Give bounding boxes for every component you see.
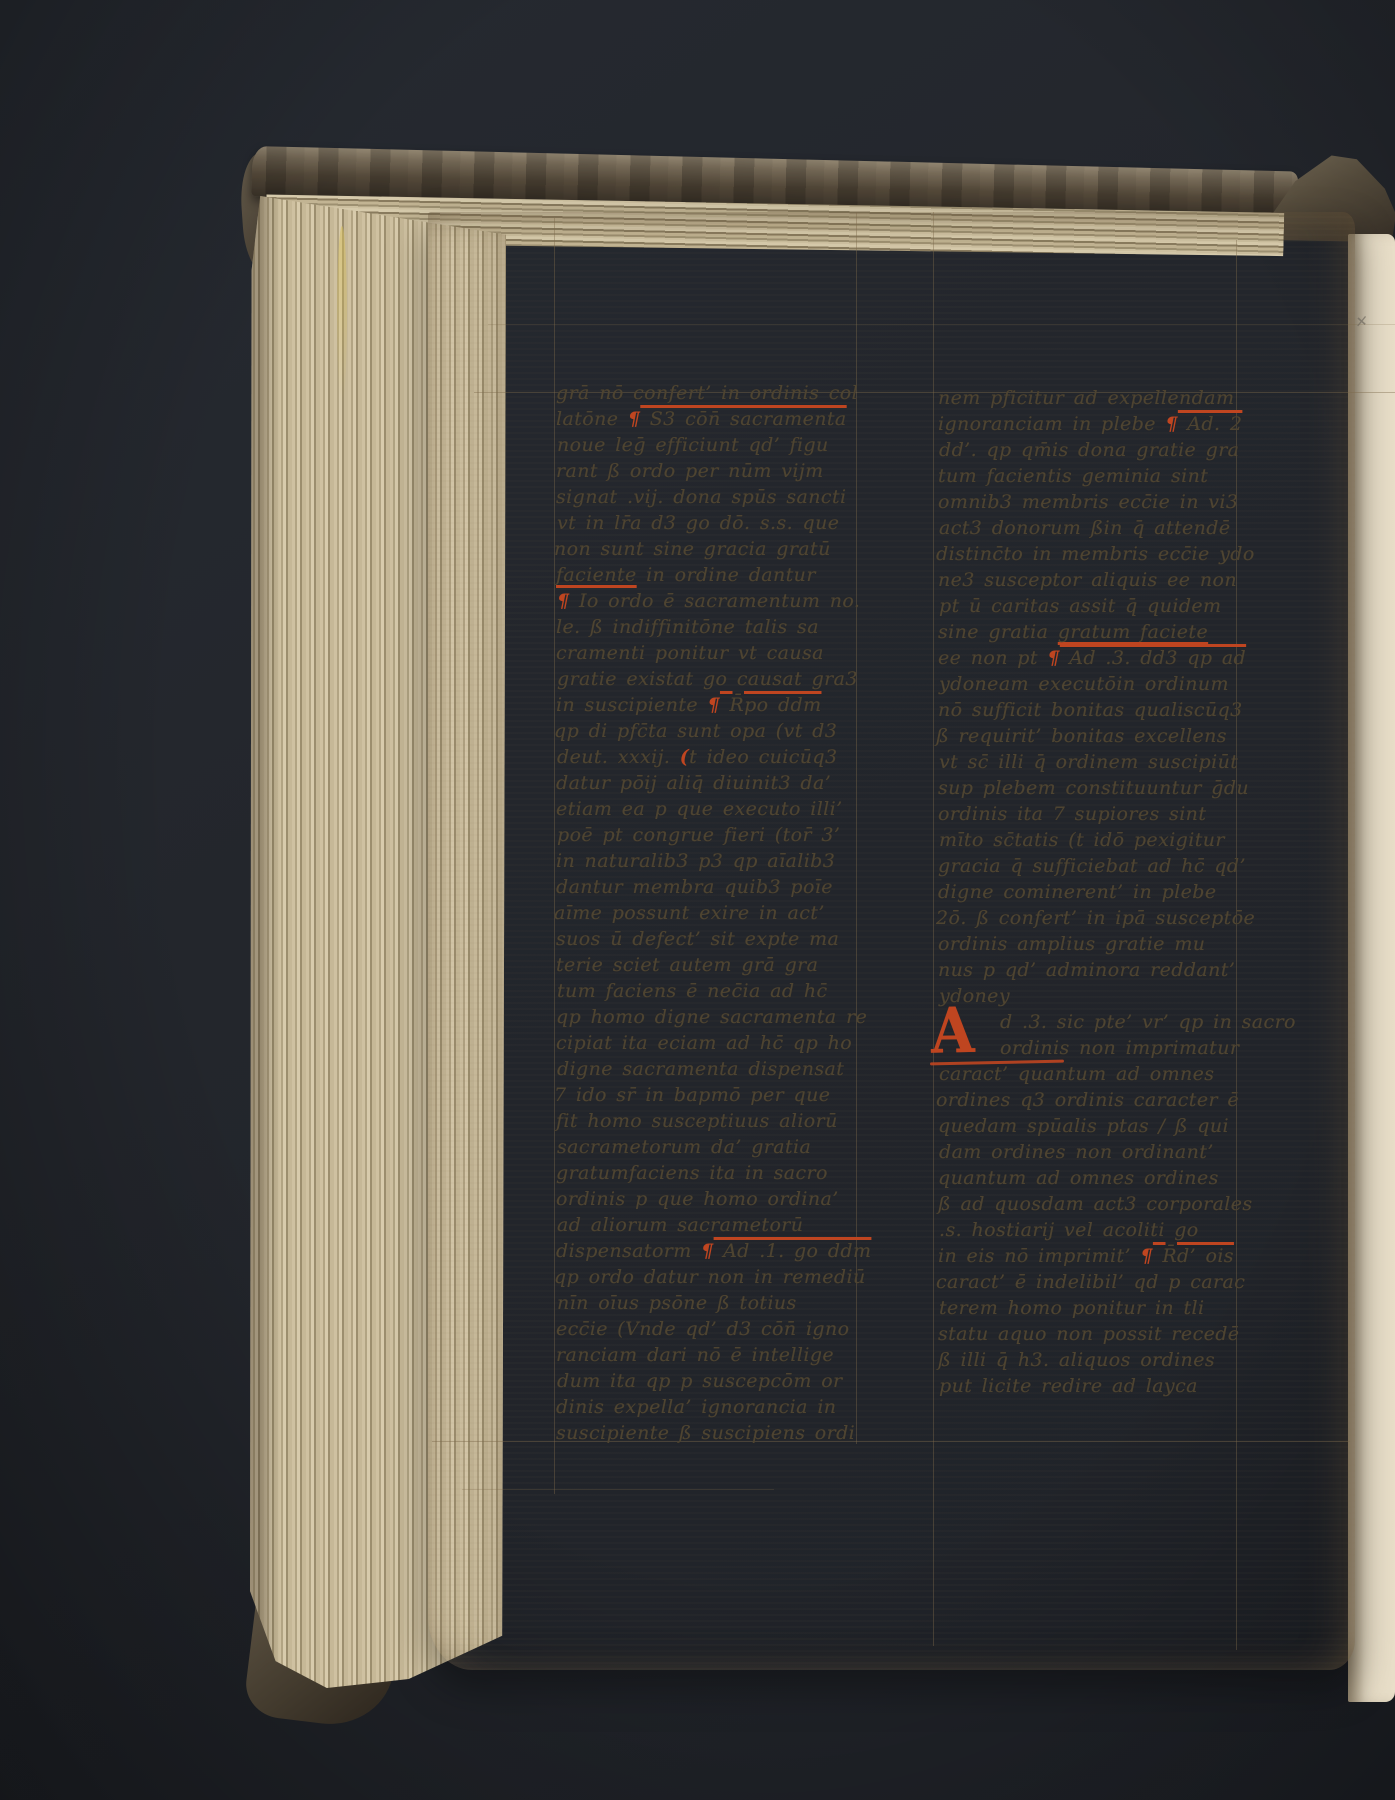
text-line: grā nō confert’ in ordinis col (556, 380, 892, 406)
text-line: faciente in ordine dantur (556, 562, 892, 588)
manuscript-text: ß requirit’ bonitas excellens (936, 725, 1227, 747)
text-line: sine gratia gratum faciete (938, 619, 1256, 645)
manuscript-text: ordinis non imprimatur (1000, 1037, 1239, 1059)
manuscript-text: R̄po ddm (720, 694, 822, 716)
text-line: gratumfaciens ita in sacro (556, 1160, 892, 1186)
manuscript-text: in naturalib3 p3 qp aīalib3 (556, 850, 835, 872)
text-line: ordinis ita 7 supiores sint (938, 801, 1256, 827)
text-line: dantur membra quib3 poīe (556, 874, 892, 900)
text-line: ordines q3 ordinis caracter ē (936, 1087, 1254, 1113)
manuscript-text: suos ū defect’ sit expte ma (556, 928, 839, 950)
manuscript-text: etiam ea p que executo illi’ (556, 798, 843, 820)
manuscript-text: vt sc̄ illi q̄ ordinem suscipiūt (939, 751, 1238, 773)
drop-cap-initial: A (930, 999, 993, 1065)
text-line: ne3 susceptor aliquis ee non (938, 567, 1256, 593)
text-line: pt ū caritas assit q̄ quidem (939, 593, 1257, 619)
text-line: vt in lr̄a d3 go dō. s.s. que (557, 510, 893, 536)
text-line: nō sufficit bonitas qualiscūq3 (938, 697, 1256, 723)
rubric-paraph-mark: ( (680, 746, 689, 768)
manuscript-text: digne cominerent’ in plebe (938, 881, 1217, 903)
ruling-line-top-faint (488, 324, 1395, 325)
manuscript-text: ad aliorum sacrametorū (557, 1214, 803, 1236)
text-column-left: grā nō confert’ in ordinis collatōne ¶ S… (556, 380, 892, 1446)
text-line: ranciam dari nō ē intellige (556, 1342, 892, 1368)
manuscript-text: vt in lr̄a d3 go dō. s.s. que (557, 512, 839, 534)
text-line: tum faciens ē nec̄ia ad hc̄ (557, 978, 893, 1004)
text-line: qp di pfc̄ta sunt opa (vt d3 (554, 718, 890, 744)
rubric-paraph-mark: ¶ (707, 694, 720, 716)
manuscript-text: tum facientis geminia sint (938, 465, 1208, 487)
text-line: aīme possunt exire in act’ (554, 900, 890, 926)
manuscript-text: act3 donorum ßin q̄ attendē (939, 517, 1231, 539)
manuscript-page: grā nō confert’ in ordinis collatōne ¶ S… (428, 212, 1355, 1670)
text-line: ecc̄ie (Vnde qd’ d3 cōn̄ igno (556, 1316, 892, 1342)
manuscript-text: qp di pfc̄ta sunt opa (vt d3 (554, 720, 837, 742)
rubric-paraph-mark: ¶ (701, 1240, 714, 1262)
manuscript-text: terem homo ponitur in tli (939, 1297, 1204, 1319)
text-line: in naturalib3 p3 qp aīalib3 (556, 848, 892, 874)
text-line: distinc̄to in membris ecc̄ie ydo (936, 541, 1254, 567)
text-line: quedam spūalis ptas / ß qui (938, 1113, 1256, 1139)
manuscript-text: faciente (556, 564, 637, 586)
manuscript-text: terie sciet autem grā gra (556, 954, 818, 976)
manuscript-text: ecc̄ie (Vnde qd’ d3 cōn̄ igno (556, 1318, 849, 1340)
ruling-line-gutter-right (933, 212, 934, 1646)
manuscript-text: gratum faciete (1058, 621, 1208, 643)
text-line: caract’ ē indelibil’ qd p carac (936, 1269, 1254, 1295)
manuscript-text: in suscipiente (556, 694, 707, 716)
text-line: ß requirit’ bonitas excellens (936, 723, 1254, 749)
manuscript-text: Ad .1. go ddm (714, 1240, 872, 1262)
text-line: dam ordines non ordinant’ (939, 1139, 1257, 1165)
manuscript-text: suscipiente ß suscipiens ordi (556, 1422, 855, 1444)
ruling-line-bottom-faint (462, 1489, 774, 1490)
text-line: ordinis amplius gratie mu (938, 931, 1256, 957)
manuscript-text: dispensatorm (556, 1240, 701, 1262)
manuscript-text: omnib3 membris ecc̄ie in vi3 (938, 491, 1238, 513)
text-line: suscipiente ß suscipiens ordi (556, 1420, 892, 1446)
manuscript-text: ß illi q̄ h3. aliquos ordines (938, 1349, 1215, 1371)
manuscript-text: Io ordo ē sacramentum no. (570, 590, 861, 612)
manuscript-text: put licite redire ad layca (939, 1375, 1198, 1397)
manuscript-text: datur pōij aliq̄ diuinit3 da’ (556, 772, 831, 794)
manuscript-text: .s. hostiarij vel acoliti go (939, 1219, 1199, 1241)
text-line: deut. xxxij. (t ideo cuicūq3 (557, 744, 893, 770)
text-line: dum ita qp p suscepcōm or (557, 1368, 893, 1394)
facing-page-sliver: ✕ (1348, 234, 1395, 1702)
text-line: ¶ Io ordo ē sacramentum no. (557, 588, 893, 614)
manuscript-text: nīn oīus psōne ß totius (557, 1292, 797, 1314)
manuscript-text: le. ß indiffinitōne talis sa (556, 616, 819, 638)
manuscript-text: R̄d’ ois (1153, 1245, 1234, 1267)
manuscript-text: ordines q3 ordinis caracter ē (936, 1089, 1239, 1111)
text-line: nus p qd’ adminora reddant’ (938, 957, 1256, 983)
text-line: nem pficitur ad expellendam (938, 385, 1256, 411)
manuscript-text: dantur membra quib3 poīe (556, 876, 833, 898)
text-line: act3 donorum ßin q̄ attendē (939, 515, 1257, 541)
text-line: signat .vij. dona spūs sancti (556, 484, 892, 510)
text-line: rant ß ordo per nūm vijm (556, 458, 892, 484)
manuscript-text: ranciam dari nō ē intellige (556, 1344, 834, 1366)
manuscript-text: gratie existat go causat gra3 (557, 668, 858, 690)
text-line: non sunt sine gracia gratū (554, 536, 890, 562)
text-line: poē pt congrue fieri (tor̄ 3’ (557, 822, 893, 848)
text-line: qp ordo datur non in remediū (554, 1264, 890, 1290)
text-line: gratie existat go causat gra3 (557, 666, 893, 692)
text-line: datur pōij aliq̄ diuinit3 da’ (556, 770, 892, 796)
manuscript-text: digne sacramenta dispensat (557, 1058, 844, 1080)
manuscript-text: ignoranciam in plebe (938, 413, 1165, 435)
manuscript-text: distinc̄to in membris ecc̄ie ydo (936, 543, 1255, 565)
manuscript-text: aīme possunt exire in act’ (554, 902, 825, 924)
rubric-paraph-mark: ¶ (1140, 1245, 1153, 1267)
text-line: tum facientis geminia sint (938, 463, 1256, 489)
text-line: ydoneam executōin ordinum (939, 671, 1257, 697)
manuscript-text: in eis nō imprimit’ (938, 1245, 1140, 1267)
manuscript-text: t ideo cuicūq3 (689, 746, 837, 768)
manuscript-text: nus p qd’ adminora reddant’ (938, 959, 1235, 981)
text-line: nīn oīus psōne ß totius (557, 1290, 893, 1316)
manuscript-text: ydoneam executōin ordinum (939, 673, 1229, 695)
manuscript-text: grā nō confert’ in ordinis col (556, 382, 858, 404)
text-line: .s. hostiarij vel acoliti go (939, 1217, 1257, 1243)
rubric-paraph-mark: ¶ (628, 408, 641, 430)
text-line: sup plebem constituuntur ḡdu (938, 775, 1256, 801)
text-line: dispensatorm ¶ Ad .1. go ddm (556, 1238, 892, 1264)
manuscript-text: pt ū caritas assit q̄ quidem (939, 595, 1221, 617)
text-line: sacrametorum da’ gratia (557, 1134, 893, 1160)
manuscript-text: sacrametorum da’ gratia (557, 1136, 811, 1158)
manuscript-text: dinis expella’ ignorancia in (556, 1396, 836, 1418)
manuscript-text: statu aquo non possit recedē (938, 1323, 1239, 1345)
manuscript-text: sine gratia (938, 621, 1058, 643)
manuscript-text: rant ß ordo per nūm vijm (556, 460, 824, 482)
manuscript-text: deut. xxxij. (557, 746, 680, 768)
text-line: cipiat ita eciam ad hc̄ qp ho (556, 1030, 892, 1056)
text-line: noue leḡ efficiunt qd’ figu (557, 432, 893, 458)
manuscript-text: dum ita qp p suscepcōm or (557, 1370, 843, 1392)
text-line: mīto sc̄tatis (t idō pexigitur (939, 827, 1257, 853)
rubric-paraph-mark: ¶ (1165, 413, 1178, 435)
manuscript-text: ordinis amplius gratie mu (938, 933, 1205, 955)
text-line: ß illi q̄ h3. aliquos ordines (938, 1347, 1256, 1373)
manuscript-text: in ordine dantur (637, 564, 816, 586)
text-line: terie sciet autem grā gra (556, 952, 892, 978)
text-line: ß ad quosdam act3 corporales (938, 1191, 1256, 1217)
manuscript-text: ordinis ita 7 supiores sint (938, 803, 1206, 825)
manuscript-text: dam ordines non ordinant’ (939, 1141, 1214, 1163)
manuscript-text: d .3. sic pte’ vr’ qp in sacro (1000, 1011, 1296, 1033)
manuscript-text: nō sufficit bonitas qualiscūq3 (938, 699, 1243, 721)
manuscript-text: mīto sc̄tatis (t idō pexigitur (939, 829, 1225, 851)
text-line: in suscipiente ¶ R̄po ddm (556, 692, 892, 718)
ink-scratch-mark: ✕ (1352, 310, 1377, 332)
text-line: dd’. qp qm̄is dona gratie gra (939, 437, 1257, 463)
text-line: ordinis p que homo ordina’ (556, 1186, 892, 1212)
text-line: in eis nō imprimit’ ¶ R̄d’ ois (938, 1243, 1256, 1269)
text-line: 7 ido sr̄ in bapmō per que (554, 1082, 890, 1108)
manuscript-text: Ad. 2 (1178, 413, 1243, 435)
manuscript-text: ß ad quosdam act3 corporales (938, 1193, 1253, 1215)
text-column-right: nem pficitur ad expellendamignoranciam i… (938, 385, 1256, 1399)
manuscript-text: poē pt congrue fieri (tor̄ 3’ (557, 824, 840, 846)
manuscript-text: 2ō. ß confert’ in ipā susceptōe (936, 907, 1255, 929)
text-line: quantum ad omnes ordines (938, 1165, 1256, 1191)
manuscript-text: ne3 susceptor aliquis ee non (938, 569, 1237, 591)
rubric-paraph-mark: ¶ (1047, 647, 1060, 669)
text-line: ignoranciam in plebe ¶ Ad. 2 (938, 411, 1256, 437)
text-line: ad aliorum sacrametorū (557, 1212, 893, 1238)
manuscript-text: qp ordo datur non in remediū (554, 1266, 866, 1288)
manuscript-text: ordinis p que homo ordina’ (556, 1188, 839, 1210)
manuscript-text: quantum ad omnes ordines (938, 1167, 1219, 1189)
text-line: statu aquo non possit recedē (938, 1321, 1256, 1347)
manuscript-text: caract’ quantum ad omnes (939, 1063, 1214, 1085)
manuscript-text: signat .vij. dona spūs sancti (556, 486, 846, 508)
text-line: fit homo susceptiuus aliorū (556, 1108, 892, 1134)
manuscript-text: S3 cōn̄ sacramenta (640, 408, 846, 430)
text-line: qp homo digne sacramenta re (556, 1004, 892, 1030)
manuscript-text: cramenti ponitur vt causa (556, 642, 824, 664)
manuscript-text: gracia q̄ sufficiebat ad hc̄ qd’ (938, 855, 1246, 877)
text-line: dinis expella’ ignorancia in (556, 1394, 892, 1420)
text-line: put licite redire ad layca (939, 1373, 1257, 1399)
text-line: etiam ea p que executo illi’ (556, 796, 892, 822)
text-line: omnib3 membris ecc̄ie in vi3 (938, 489, 1256, 515)
text-line: gracia q̄ sufficiebat ad hc̄ qd’ (938, 853, 1256, 879)
manuscript-text: quedam spūalis ptas / ß qui (938, 1115, 1229, 1137)
manuscript-text: fit homo susceptiuus aliorū (556, 1110, 838, 1132)
ruling-line-left-margin (554, 218, 555, 1494)
rubric-paraph-mark: ¶ (557, 590, 570, 612)
manuscript-text: tum faciens ē nec̄ia ad hc̄ (557, 980, 828, 1002)
manuscript-text: non sunt sine gracia gratū (554, 538, 831, 560)
manuscript-text: nem pficitur ad expellendam (938, 387, 1234, 409)
text-line: cramenti ponitur vt causa (556, 640, 892, 666)
manuscript-text: dd’. qp qm̄is dona gratie gra (939, 439, 1239, 461)
manuscript-text: ee non pt (938, 647, 1047, 669)
text-line: vt sc̄ illi q̄ ordinem suscipiūt (939, 749, 1257, 775)
manuscript-text: 7 ido sr̄ in bapmō per que (554, 1084, 830, 1106)
manuscript-text: gratumfaciens ita in sacro (556, 1162, 828, 1184)
text-line: ee non pt ¶ Ad .3. dd3 qp ad (938, 645, 1256, 671)
manuscript-text: latōne (556, 408, 628, 430)
manuscript-text: sup plebem constituuntur ḡdu (938, 777, 1249, 799)
photo-background: ✕ grā nō confert’ in ordinis collatōne ¶… (0, 0, 1395, 1800)
manuscript-text: cipiat ita eciam ad hc̄ qp ho (556, 1032, 852, 1054)
text-line: le. ß indiffinitōne talis sa (556, 614, 892, 640)
manuscript-text: noue leḡ efficiunt qd’ figu (557, 434, 829, 456)
text-line: suos ū defect’ sit expte ma (556, 926, 892, 952)
text-line: digne sacramenta dispensat (557, 1056, 893, 1082)
manuscript-text: Ad .3. dd3 qp ad (1060, 647, 1246, 669)
text-line: 2ō. ß confert’ in ipā susceptōe (936, 905, 1254, 931)
text-line: latōne ¶ S3 cōn̄ sacramenta (556, 406, 892, 432)
text-line: caract’ quantum ad omnes (939, 1061, 1257, 1087)
manuscript-text: qp homo digne sacramenta re (556, 1006, 867, 1028)
text-line: terem homo ponitur in tli (939, 1295, 1257, 1321)
manuscript-text: caract’ ē indelibil’ qd p carac (936, 1271, 1245, 1293)
text-line: digne cominerent’ in plebe (938, 879, 1256, 905)
